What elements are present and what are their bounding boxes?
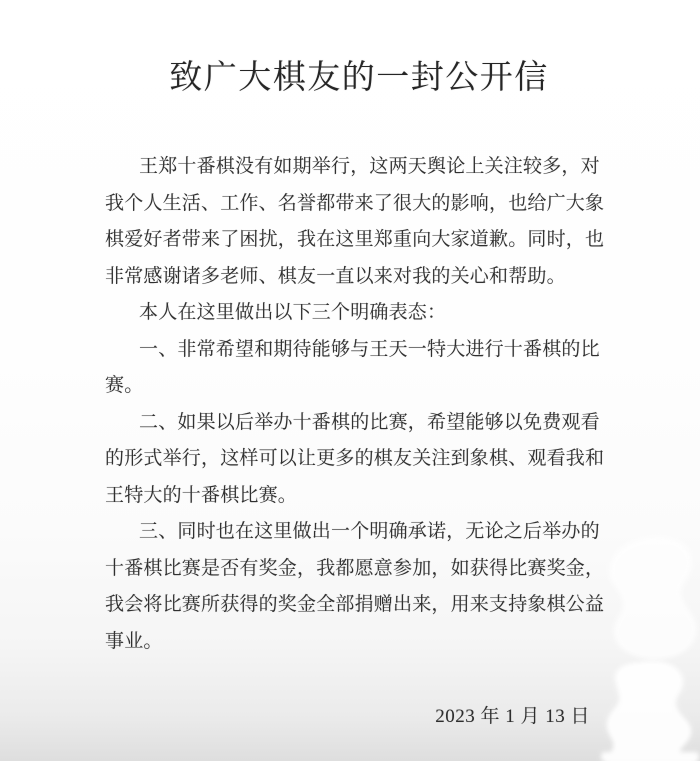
text-line: 事业。 <box>105 624 605 661</box>
letter-body: 王郑十番棋没有如期举行，这两天舆论上关注较多，对我个人生活、工作、名誉都带来了很… <box>105 149 605 660</box>
text-line: 王特大的十番棋比赛。 <box>105 478 605 515</box>
text-line: 赛。 <box>105 368 605 405</box>
text-line: 三、同时也在这里做出一个明确承诺，无论之后举办的 <box>105 514 605 551</box>
text-line: 的形式举行，这样可以让更多的棋友关注到象棋、观看我和 <box>105 441 605 478</box>
text-line: 一、非常希望和期待能够与王天一特大进行十番棋的比 <box>105 332 605 369</box>
open-letter-page: 致广大棋友的一封公开信 王郑十番棋没有如期举行，这两天舆论上关注较多，对我个人生… <box>0 0 700 761</box>
text-line: 二、如果以后举办十番棋的比赛，希望能够以免费观看 <box>105 405 605 442</box>
text-line: 十番棋比赛是否有奖金，我都愿意参加，如获得比赛奖金， <box>105 551 605 588</box>
text-line: 王郑十番棋没有如期举行，这两天舆论上关注较多，对 <box>105 149 605 186</box>
watermark-icon <box>592 533 700 668</box>
letter-date: 2023 年 1 月 13 日 <box>435 699 590 735</box>
watermark-icon <box>593 660 700 761</box>
text-line: 棋爱好者带来了困扰，我在这里郑重向大家道歉。同时，也 <box>105 222 605 259</box>
text-line: 我会将比赛所获得的奖金全部捐赠出来，用来支持象棋公益 <box>105 587 605 624</box>
text-line: 我个人生活、工作、名誉都带来了很大的影响，也给广大象 <box>105 186 605 223</box>
text-line: 非常感谢诸多老师、棋友一直以来对我的关心和帮助。 <box>105 259 605 296</box>
letter-title: 致广大棋友的一封公开信 <box>0 60 700 96</box>
text-line: 本人在这里做出以下三个明确表态： <box>105 295 605 332</box>
